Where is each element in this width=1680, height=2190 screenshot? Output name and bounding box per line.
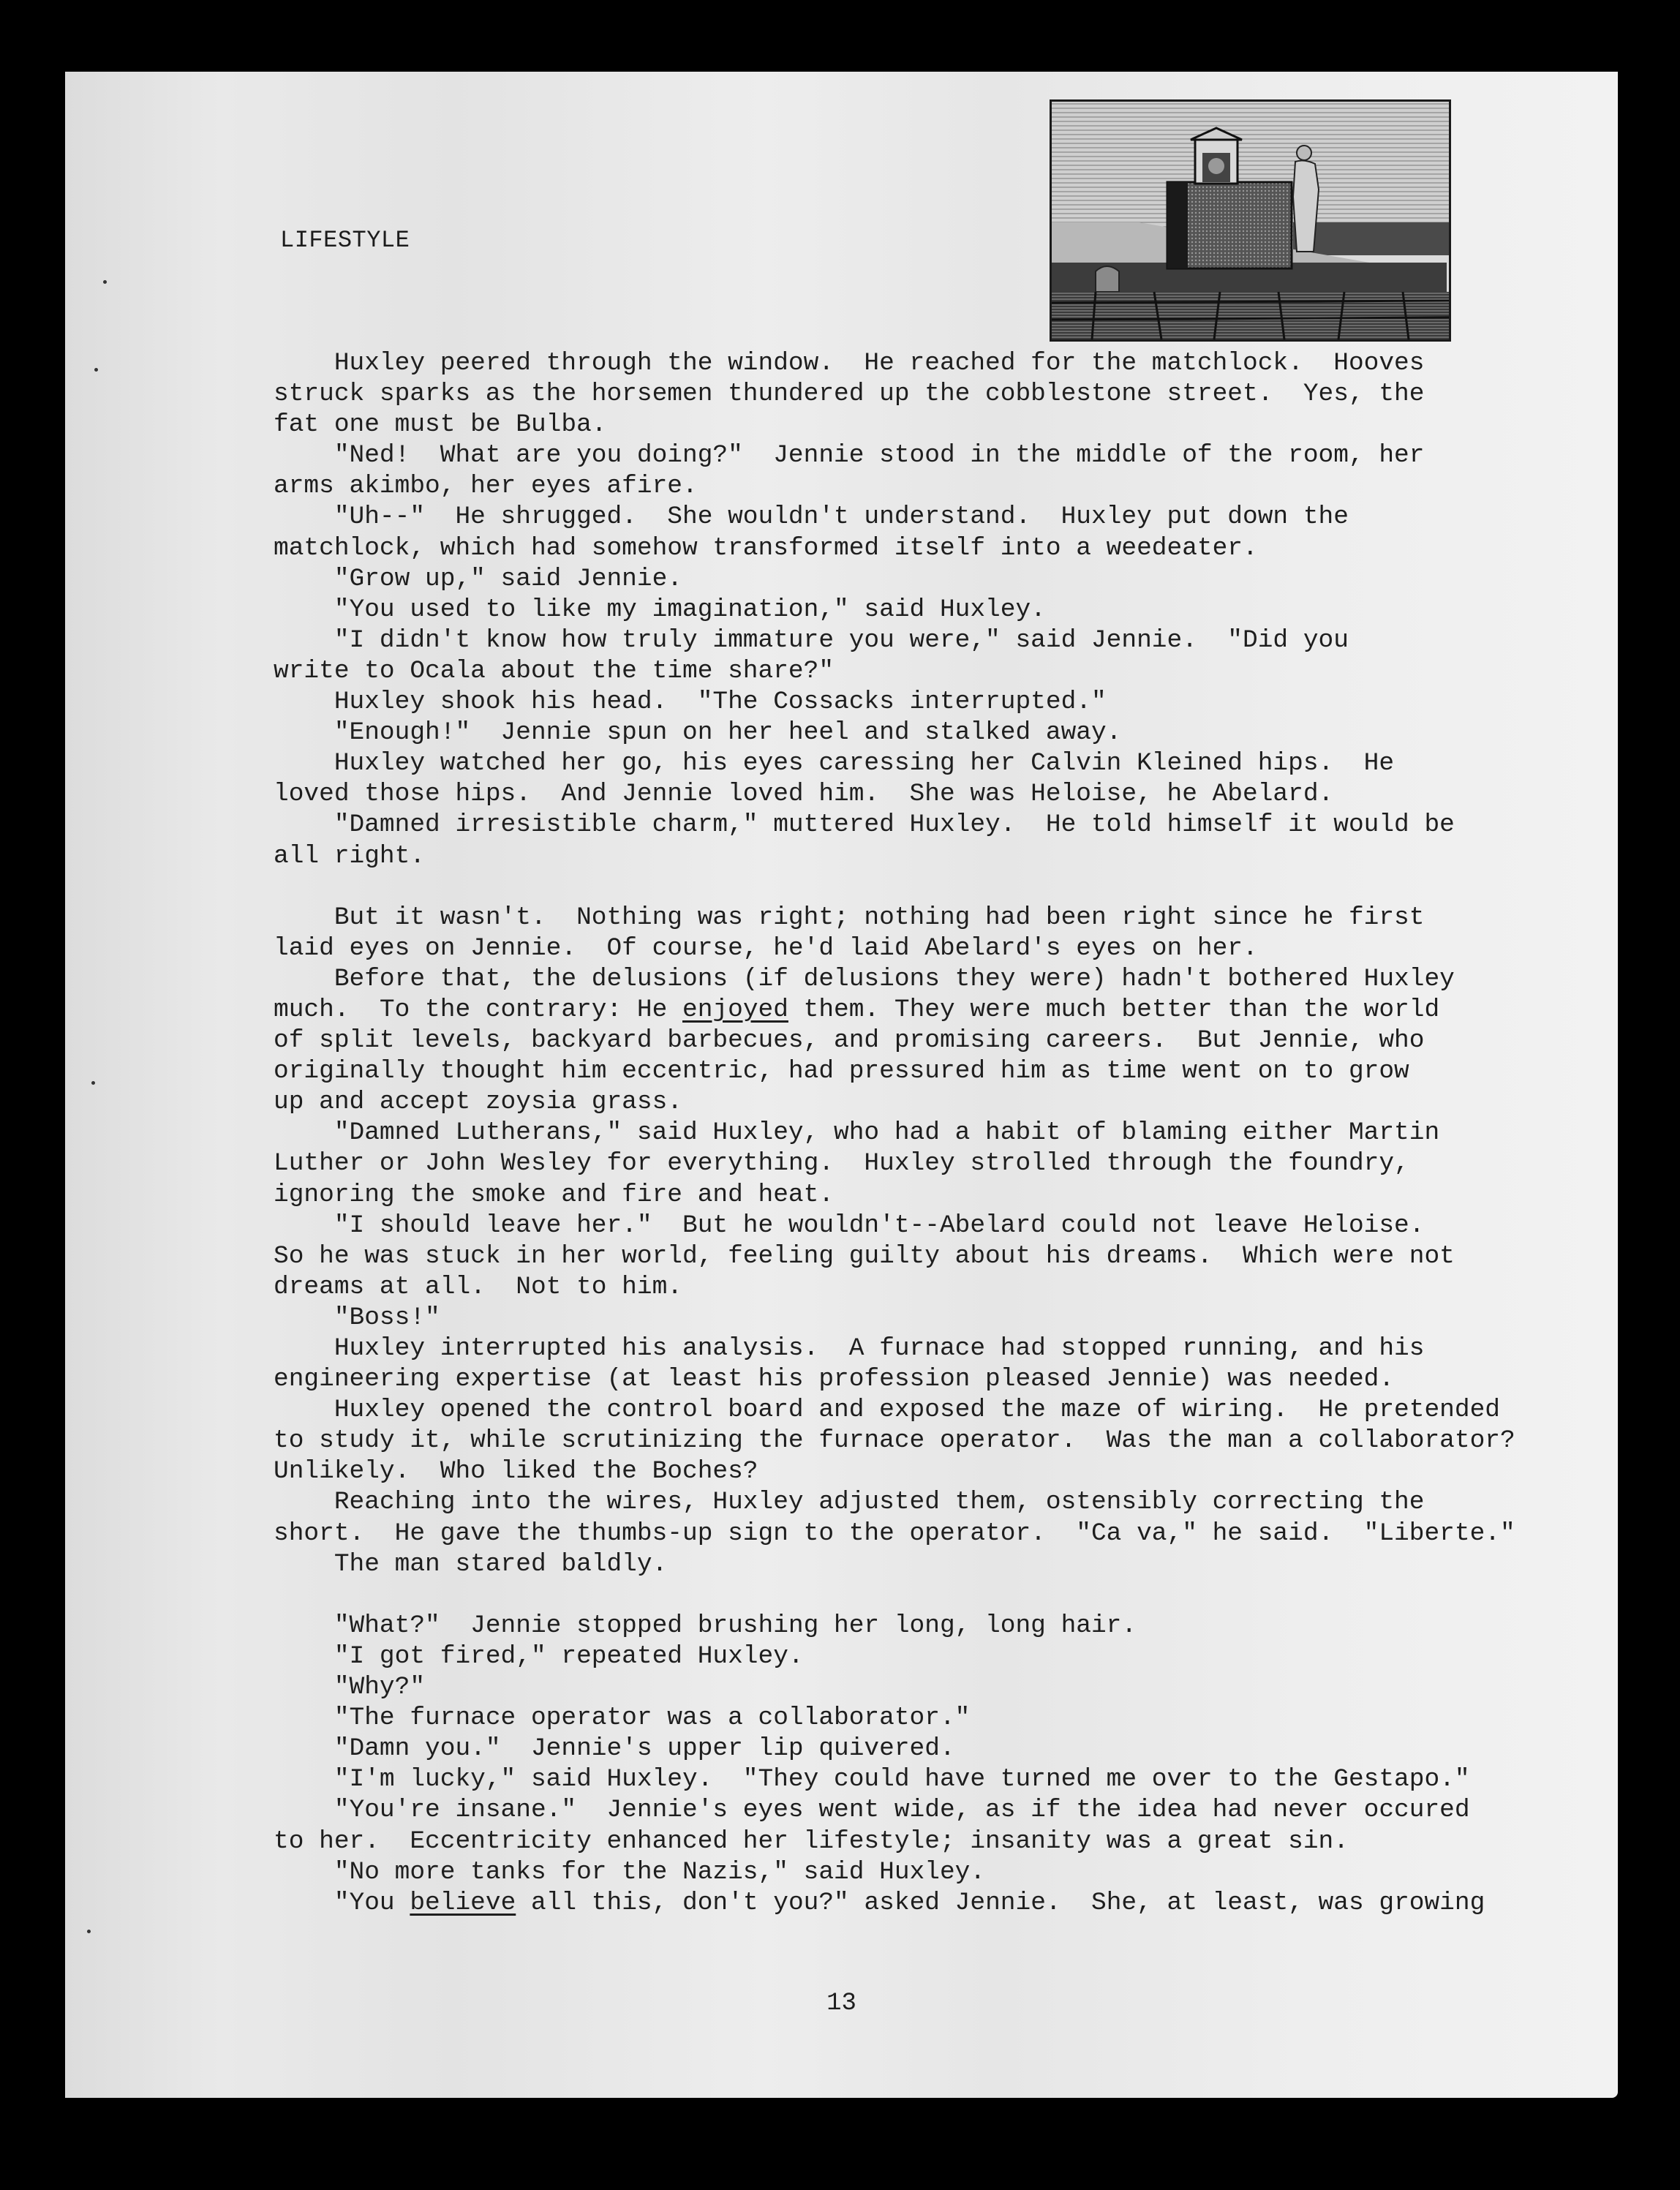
text-line: dreams at all. Not to him. — [274, 1272, 1612, 1303]
story-body: Huxley peered through the window. He rea… — [274, 348, 1612, 1919]
text-line: all right. — [274, 841, 1612, 872]
text-line: arms akimbo, her eyes afire. — [274, 471, 1612, 502]
emphasized-word: enjoyed — [682, 996, 788, 1024]
paragraph-break — [274, 1580, 1612, 1611]
text-line: "No more tanks for the Nazis," said Huxl… — [274, 1857, 1612, 1888]
text-line: "Damn you." Jennie's upper lip quivered. — [274, 1734, 1612, 1764]
scan-speck — [87, 1930, 91, 1933]
text-line: "Grow up," said Jennie. — [274, 564, 1612, 595]
text-line: Before that, the delusions (if delusions… — [274, 964, 1612, 995]
engraving-illustration-icon — [1050, 99, 1451, 342]
text-line: "You're insane." Jennie's eyes went wide… — [274, 1795, 1612, 1826]
emphasized-word: believe — [410, 1889, 516, 1917]
text-line: "Boss!" — [274, 1303, 1612, 1333]
text-line: up and accept zoysia grass. — [274, 1087, 1612, 1118]
text-line: "Damned Lutherans," said Huxley, who had… — [274, 1118, 1612, 1148]
text-line: struck sparks as the horsemen thundered … — [274, 379, 1612, 410]
text-line: "Uh--" He shrugged. She wouldn't underst… — [274, 502, 1612, 533]
text-line: Huxley watched her go, his eyes caressin… — [274, 748, 1612, 779]
text-line: "I got fired," repeated Huxley. — [274, 1641, 1612, 1672]
text-line: matchlock, which had somehow transformed… — [274, 533, 1612, 564]
text-line: engineering expertise (at least his prof… — [274, 1364, 1612, 1395]
text-line: "Damned irresistible charm," muttered Hu… — [274, 810, 1612, 840]
text-line: The man stared baldly. — [274, 1549, 1612, 1580]
text-line: "I should leave her." But he wouldn't--A… — [274, 1211, 1612, 1241]
text-line: to study it, while scrutinizing the furn… — [274, 1426, 1612, 1456]
document-page: LIFESTYLE — [65, 72, 1618, 2098]
text-line: loved those hips. And Jennie loved him. … — [274, 779, 1612, 810]
text-line: So he was stuck in her world, feeling gu… — [274, 1241, 1612, 1272]
text-line: Huxley interrupted his analysis. A furna… — [274, 1333, 1612, 1364]
text-line: of split levels, backyard barbecues, and… — [274, 1026, 1612, 1056]
text-line: Unlikely. Who liked the Boches? — [274, 1456, 1612, 1487]
text-line: originally thought him eccentric, had pr… — [274, 1056, 1612, 1087]
text-line: much. To the contrary: He enjoyed them. … — [274, 995, 1612, 1026]
scan-speck — [91, 1081, 95, 1085]
text-line: "You believe all this, don't you?" asked… — [274, 1888, 1612, 1919]
text-line: "Ned! What are you doing?" Jennie stood … — [274, 440, 1612, 471]
text-line: But it wasn't. Nothing was right; nothin… — [274, 903, 1612, 933]
text-line: Huxley opened the control board and expo… — [274, 1395, 1612, 1426]
text-line: "Why?" — [274, 1672, 1612, 1703]
text-line: "The furnace operator was a collaborator… — [274, 1703, 1612, 1734]
text-line: Huxley shook his head. "The Cossacks int… — [274, 687, 1612, 718]
scan-speck — [103, 280, 107, 284]
text-line: to her. Eccentricity enhanced her lifest… — [274, 1826, 1612, 1857]
text-line: short. He gave the thumbs-up sign to the… — [274, 1519, 1612, 1549]
text-line: "I didn't know how truly immature you we… — [274, 625, 1612, 656]
section-title: LIFESTYLE — [280, 227, 410, 254]
text-line: write to Ocala about the time share?" — [274, 656, 1612, 687]
text-line: "What?" Jennie stopped brushing her long… — [274, 1611, 1612, 1641]
text-line: "I'm lucky," said Huxley. "They could ha… — [274, 1764, 1612, 1795]
text-line: Reaching into the wires, Huxley adjusted… — [274, 1487, 1612, 1518]
page-number: 13 — [65, 1990, 1618, 2017]
text-line: Huxley peered through the window. He rea… — [274, 348, 1612, 379]
text-line: laid eyes on Jennie. Of course, he'd lai… — [274, 933, 1612, 964]
text-line: "You used to like my imagination," said … — [274, 595, 1612, 625]
text-line: fat one must be Bulba. — [274, 410, 1612, 440]
text-line: "Enough!" Jennie spun on her heel and st… — [274, 718, 1612, 748]
scan-speck — [94, 368, 98, 372]
text-line: ignoring the smoke and fire and heat. — [274, 1180, 1612, 1211]
text-line: Luther or John Wesley for everything. Hu… — [274, 1148, 1612, 1179]
paragraph-break — [274, 872, 1612, 903]
